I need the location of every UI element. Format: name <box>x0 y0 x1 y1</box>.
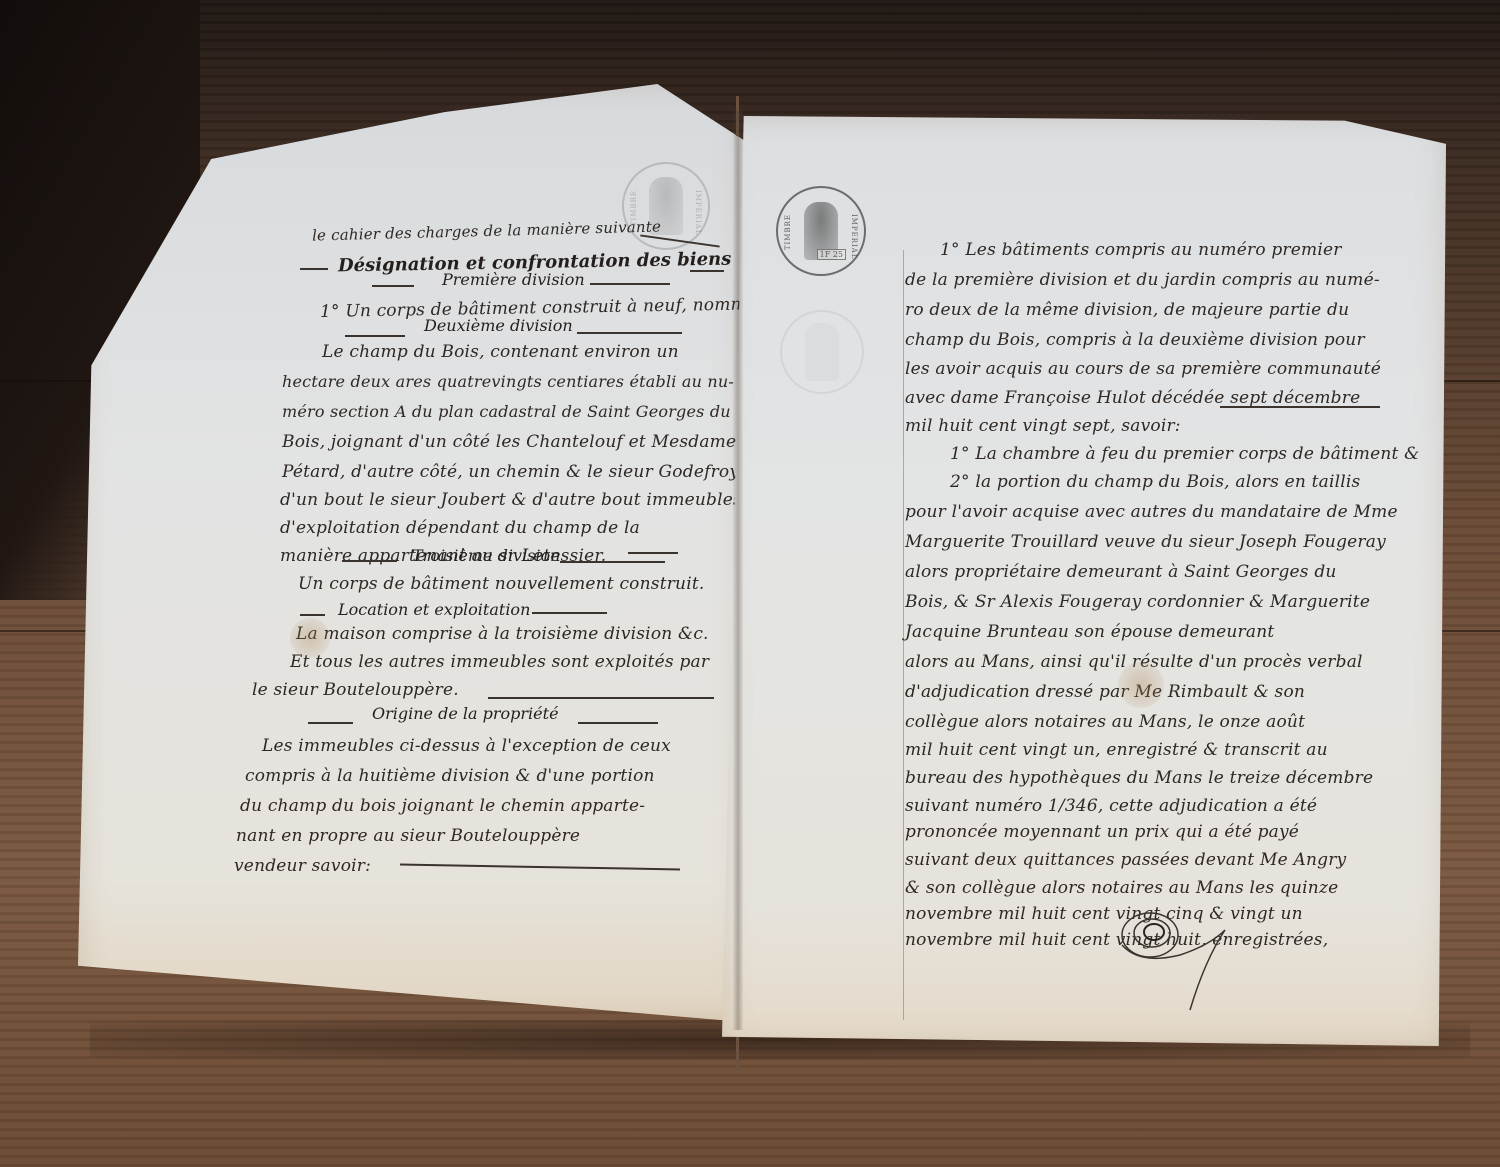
rule <box>342 560 397 562</box>
text-line: Jacquine Brunteau son épouse demeurant <box>905 622 1274 642</box>
rule <box>372 285 414 287</box>
text-line: 1° La chambre à feu du premier corps de … <box>950 444 1419 464</box>
text-line: compris à la huitième division & d'une p… <box>245 766 655 786</box>
text-line: les avoir acquis au cours de sa première… <box>905 359 1381 379</box>
text-line: Bois, & Sr Alexis Fougeray cordonnier & … <box>905 592 1370 612</box>
text-line: d'adjudication dressé par Me Rimbault & … <box>905 682 1305 702</box>
text-line: champ du Bois, compris à la deuxième div… <box>905 330 1365 350</box>
text-line: hectare deux ares quatrevingts centiares… <box>282 372 734 391</box>
text-line: pour l'avoir acquise avec autres du mand… <box>905 502 1398 522</box>
text-line: La maison comprise à la troisième divisi… <box>296 624 709 644</box>
text-line: nant en propre au sieur Boutelouppère <box>236 826 580 846</box>
text-line: avec dame Françoise Hulot décédée sept d… <box>905 388 1360 408</box>
rule <box>628 552 678 554</box>
text-line: bureau des hypothèques du Mans le treize… <box>905 768 1373 788</box>
text-line: 1° Les bâtiments compris au numéro premi… <box>940 240 1342 260</box>
text-line: vendeur savoir: <box>234 856 371 876</box>
text-line: & son collègue alors notaires au Mans le… <box>905 878 1338 898</box>
text-line: du champ du bois joignant le chemin appa… <box>240 796 645 816</box>
text-line: méro section A du plan cadastral de Sain… <box>282 402 731 421</box>
text-line: suivant numéro 1/346, cette adjudication… <box>905 796 1317 816</box>
text-line: Et tous les autres immeubles sont exploi… <box>290 652 709 672</box>
section-heading: Location et exploitation <box>338 600 530 619</box>
text-line: d'un bout le sieur Joubert & d'autre bou… <box>280 490 742 510</box>
text-line: Pétard, d'autre côté, un chemin & le sie… <box>282 462 739 482</box>
text-line: prononcée moyennant un prix qui a été pa… <box>905 822 1299 842</box>
section-heading: Troisième division <box>412 546 560 565</box>
rule <box>345 335 405 337</box>
text-line: Marguerite Trouillard veuve du sieur Jos… <box>905 532 1386 552</box>
text-line: mil huit cent vingt sept, savoir: <box>905 416 1181 436</box>
section-heading: Deuxième division <box>424 316 573 335</box>
section-heading: Première division <box>442 270 585 289</box>
text-line: de la première division et du jardin com… <box>905 270 1380 290</box>
rule <box>532 612 607 614</box>
text-line: alors propriétaire demeurant à Saint Geo… <box>905 562 1337 582</box>
rule <box>690 270 724 272</box>
margin-fold-line <box>903 250 904 1020</box>
stamp-icon-imperial: TIMBRE IMPERIAL 1F 25 <box>776 186 866 276</box>
foxing-stain <box>1118 662 1164 708</box>
rule <box>590 283 670 285</box>
rule <box>578 722 658 724</box>
text-line: d'exploitation dépendant du champ de la <box>280 518 640 538</box>
text-line: collègue alors notaires au Mans, le onze… <box>905 712 1305 732</box>
text-line: le sieur Boutelouppère. <box>252 680 459 700</box>
section-heading: Origine de la propriété <box>372 704 559 723</box>
text-line: Un corps de bâtiment nouvellement constr… <box>298 574 704 594</box>
text-line: Bois, joignant d'un côté les Chantelouf … <box>282 432 745 452</box>
text-line: ro deux de la même division, de majeure … <box>905 300 1349 320</box>
page-gutter <box>733 110 743 1030</box>
rule <box>560 561 665 563</box>
text-line: suivant deux quittances passées devant M… <box>905 850 1346 870</box>
rule <box>488 697 714 699</box>
signature-paraphe-icon <box>1110 905 1270 1025</box>
foxing-stain <box>290 618 330 658</box>
text-line: mil huit cent vingt un, enregistré & tra… <box>905 740 1328 760</box>
text-line: Les immeubles ci-dessus à l'exception de… <box>262 736 671 756</box>
rule <box>577 332 682 334</box>
rule <box>300 268 328 270</box>
rule <box>1220 406 1380 408</box>
stamp-icon-embossed <box>780 310 864 394</box>
rule <box>308 722 353 724</box>
stamp-icon-faint: TIMBRE IMPERIAL <box>622 162 710 250</box>
text-line: Le champ du Bois, contenant environ un <box>322 342 679 362</box>
rule <box>300 614 325 616</box>
text-line: 2° la portion du champ du Bois, alors en… <box>950 472 1361 492</box>
